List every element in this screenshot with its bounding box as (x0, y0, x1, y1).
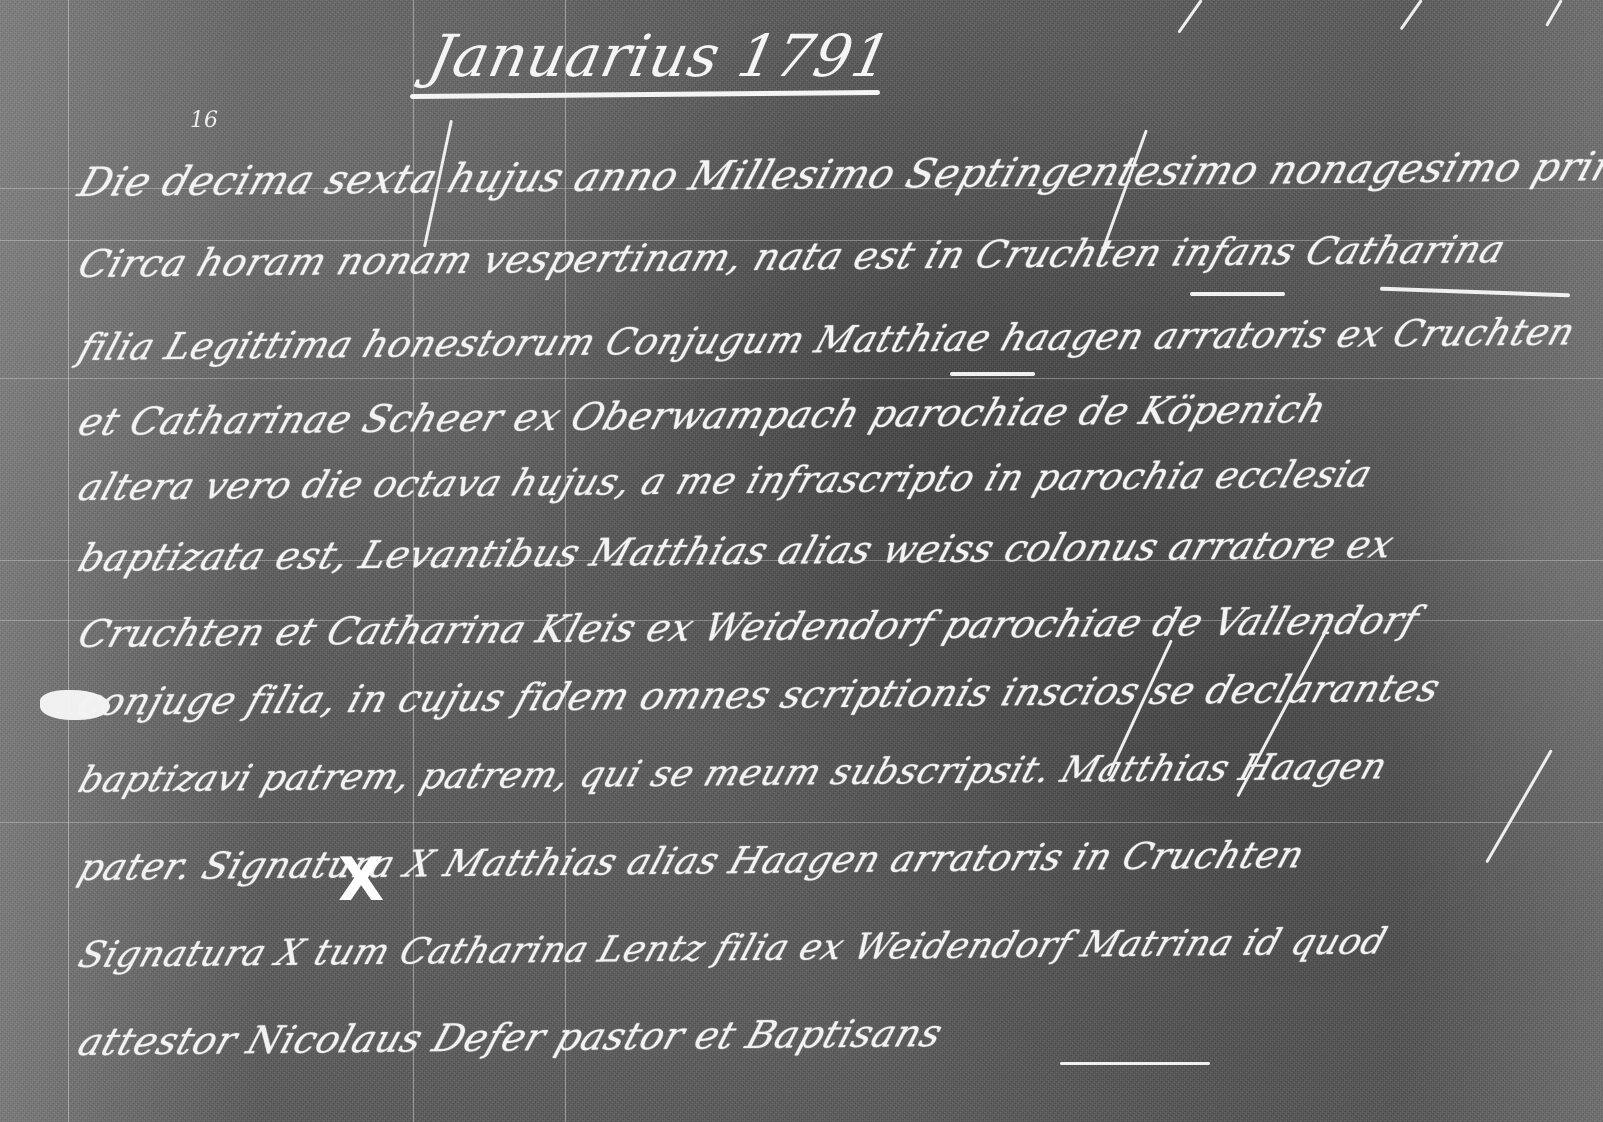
text-line: altera vero die octava hujus, a me infra… (73, 453, 1378, 509)
grid-line-vertical (68, 0, 69, 1122)
register-heading: Januarius 1791 (423, 22, 898, 90)
text-line: filia Legittima honestorum Conjugum Matt… (73, 310, 1580, 369)
margin-note: 16 (190, 108, 218, 133)
grid-line-horizontal (0, 822, 1603, 823)
text-line: et Catharinae Scheer ex Oberwampach paro… (73, 387, 1332, 444)
text-line: Cruchten et Catharina Kleis ex Weidendor… (73, 598, 1425, 656)
grid-line-horizontal (0, 378, 1603, 379)
document-page: Januarius 1791 16 Die decima sexta hujus… (0, 0, 1603, 1122)
text-line: pater. Signatura X Matthias alias Haagen… (73, 833, 1310, 889)
word-underline (1380, 287, 1570, 298)
text-line: conjuge filia, in cujus fidem omnes scri… (73, 666, 1446, 724)
pen-stroke (1545, 0, 1563, 27)
text-line: Circa horam nonam vespertinam, nata est … (73, 227, 1511, 286)
text-line: baptizavi patrem, patrem, qui se meum su… (74, 746, 1393, 801)
word-underline (950, 372, 1035, 376)
pen-stroke (1400, 0, 1423, 30)
heading-underline (410, 90, 880, 99)
text-line: baptizata est, Levantibus Matthias alias… (73, 522, 1400, 580)
text-line: Signatura X tum Catharina Lentz filia ex… (74, 921, 1392, 976)
pen-stroke (1485, 749, 1553, 863)
word-underline (1190, 292, 1285, 296)
pen-stroke (1177, 0, 1202, 34)
closing-flourish (1060, 1062, 1210, 1065)
signature-mark: X (338, 845, 384, 915)
text-line: Die decima sexta hujus anno Millesimo Se… (73, 144, 1603, 206)
text-line: attestor Nicolaus Defer pastor et Baptis… (73, 1011, 948, 1064)
